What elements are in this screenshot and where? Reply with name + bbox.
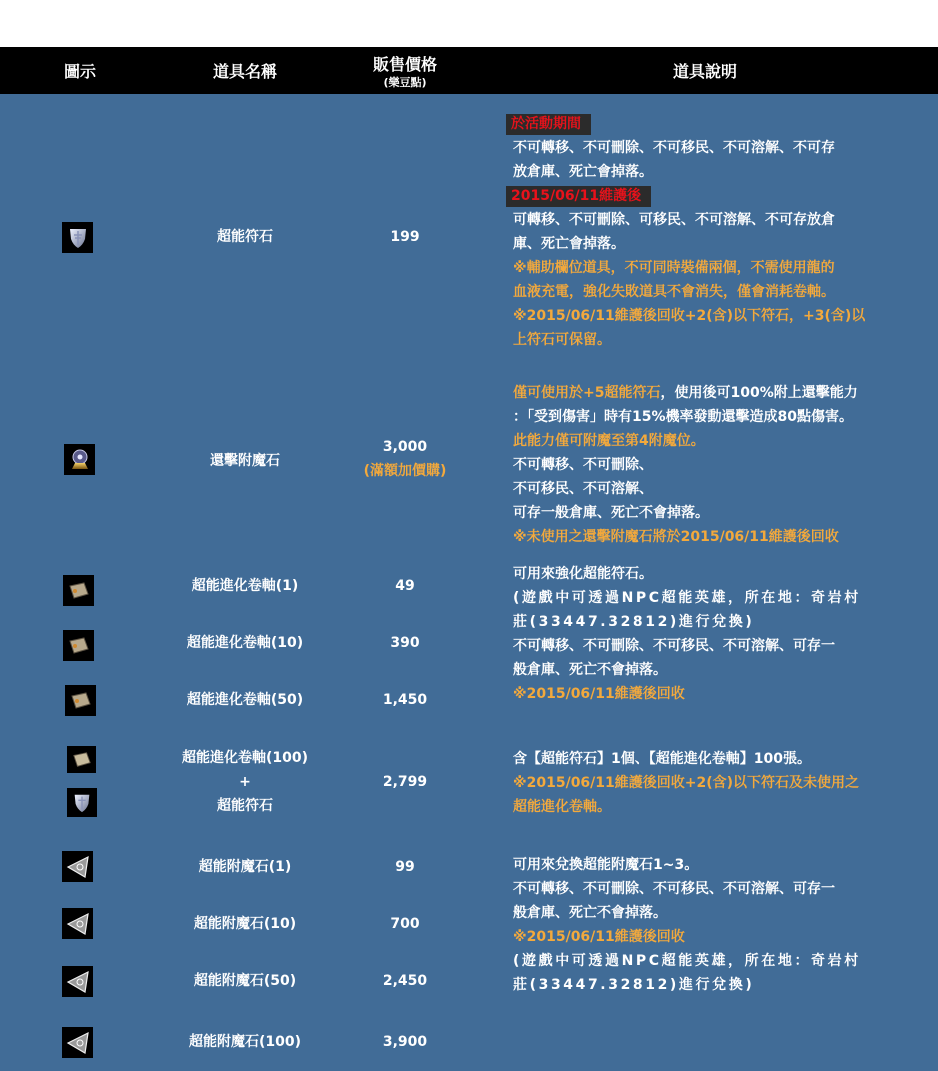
item-name: 超能進化卷軸(50) <box>170 688 320 712</box>
enchant-stone-icon <box>62 851 93 882</box>
desc-note: 超能進化卷軸。 <box>513 795 923 819</box>
desc-note: 上符石可保留。 <box>513 328 923 352</box>
desc-note: ※2015/06/11維護後回收 <box>513 925 923 949</box>
item-name: 超能進化卷軸(1) <box>170 574 320 598</box>
header-icon-column: 圖示 <box>30 47 130 94</box>
bundle-name-line2: 超能符石 <box>160 794 330 818</box>
desc-line: 可轉移、不可刪除、可移民、不可溶解、不可存放倉 <box>513 208 923 232</box>
desc-line: 不可轉移、不可刪除、不可移民、不可溶解、可存一 <box>513 634 923 658</box>
desc-text: ，使用後可100%附上還擊能力 <box>660 385 857 401</box>
desc-line: 可存一般倉庫、死亡不會掉落。 <box>513 501 923 525</box>
desc-note: ※2015/06/11維護後回收+2(含)以下符石，+3(含)以 <box>513 304 923 328</box>
header-desc-label: 道具說明 <box>673 59 737 82</box>
desc-highlight: 僅可使用於+5超能符石 <box>513 385 660 401</box>
desc-line: 不可轉移、不可刪除、 <box>513 453 923 477</box>
scroll-icon <box>65 685 96 716</box>
desc-line: 放倉庫、死亡會掉落。 <box>513 160 923 184</box>
bundle-plus: + <box>160 770 330 794</box>
header-price-label: 販售價格 <box>373 52 437 75</box>
item-price: 390 <box>345 631 465 655</box>
desc-line: 含【超能符石】1個、【超能進化卷軸】100張。 <box>513 747 923 771</box>
desc-note: ※2015/06/11維護後回收 <box>513 682 923 706</box>
desc-note: ※2015/06/11維護後回收+2(含)以下符石及未使用之 <box>513 771 923 795</box>
scroll-icon <box>67 746 96 773</box>
header-desc-column: 道具說明 <box>560 47 850 94</box>
table-body: 超能符石 199 於活動期間 不可轉移、不可刪除、不可移民、不可溶解、不可存 放… <box>0 94 938 1071</box>
header-icon-label: 圖示 <box>64 59 96 82</box>
header-price-column: 販售價格 (樂豆點) <box>345 47 465 94</box>
item-description: 僅可使用於+5超能符石，使用後可100%附上還擊能力 ：「受到傷害」時有15%機… <box>513 381 923 549</box>
desc-note: ※輔助欄位道具，不可同時裝備兩個，不需使用龍的 <box>513 256 923 280</box>
enchant-stone-icon <box>62 966 93 997</box>
item-price: 199 <box>345 225 465 249</box>
enchant-stone-icon <box>62 1027 93 1058</box>
item-name: 超能附魔石(50) <box>170 969 320 993</box>
header-name-label: 道具名稱 <box>213 59 277 82</box>
item-price: 49 <box>345 574 465 598</box>
header-price-unit: (樂豆點) <box>383 74 426 90</box>
shield-rune-icon <box>62 222 93 253</box>
item-price: 99 <box>345 855 465 879</box>
table-header: 圖示 道具名稱 販售價格 (樂豆點) 道具說明 <box>0 47 938 94</box>
desc-line: 不可轉移、不可刪除、不可移民、不可溶解、不可存 <box>513 136 923 160</box>
item-price: 3,000 <box>345 435 465 459</box>
item-price-note: (滿額加價購) <box>345 459 465 483</box>
desc-line: 莊(33447.32812)進行兌換) <box>513 973 923 997</box>
desc-line: 不可移民、不可溶解、 <box>513 477 923 501</box>
item-price: 3,900 <box>345 1030 465 1054</box>
desc-line: ：「受到傷害」時有15%機率發動還擊造成80點傷害。 <box>513 405 923 429</box>
desc-line: 可用來兌換超能附魔石1~3。 <box>513 853 923 877</box>
item-price: 700 <box>345 912 465 936</box>
scroll-icon <box>63 575 94 606</box>
desc-line: (遊戲中可透過NPC超能英雄，所在地：奇岩村 <box>513 949 923 973</box>
desc-note: ※未使用之還擊附魔石將於2015/06/11維護後回收 <box>513 525 923 549</box>
enchant-stone-icon <box>62 908 93 939</box>
item-description: 可用來強化超能符石。 (遊戲中可透過NPC超能英雄，所在地：奇岩村 莊(3344… <box>513 562 923 706</box>
status-tag: 於活動期間 <box>506 114 591 135</box>
header-name-column: 道具名稱 <box>170 47 320 94</box>
status-tag: 2015/06/11維護後 <box>506 186 651 207</box>
bundle-name-line1: 超能進化卷軸(100) <box>160 746 330 770</box>
item-description: 可用來兌換超能附魔石1~3。 不可轉移、不可刪除、不可移民、不可溶解、可存一 般… <box>513 853 923 997</box>
item-name: 還擊附魔石 <box>170 449 320 473</box>
item-price: 2,799 <box>345 770 465 794</box>
item-name: 超能附魔石(1) <box>170 855 320 879</box>
item-description: 含【超能符石】1個、【超能進化卷軸】100張。 ※2015/06/11維護後回收… <box>513 747 923 819</box>
item-price: 1,450 <box>345 688 465 712</box>
item-price-block: 3,000 (滿額加價購) <box>345 435 465 483</box>
shield-rune-icon <box>67 788 97 817</box>
desc-line: 般倉庫、死亡不會掉落。 <box>513 658 923 682</box>
item-name: 超能附魔石(100) <box>170 1030 320 1054</box>
counter-enchant-stone-icon <box>64 444 95 475</box>
desc-line: (遊戲中可透過NPC超能英雄，所在地：奇岩村 <box>513 586 923 610</box>
desc-line: 不可轉移、不可刪除、不可移民、不可溶解、可存一 <box>513 877 923 901</box>
desc-line: 莊(33447.32812)進行兌換) <box>513 610 923 634</box>
item-name: 超能進化卷軸(10) <box>170 631 320 655</box>
desc-line: 可用來強化超能符石。 <box>513 562 923 586</box>
item-name: 超能附魔石(10) <box>170 912 320 936</box>
desc-note: 此能力僅可附魔至第4附魔位。 <box>513 429 923 453</box>
item-name: 超能符石 <box>170 225 320 249</box>
scroll-icon <box>63 630 94 661</box>
desc-note: 血液充電，強化失敗道具不會消失，僅會消耗卷軸。 <box>513 280 923 304</box>
item-price: 2,450 <box>345 969 465 993</box>
bundle-name: 超能進化卷軸(100) + 超能符石 <box>160 746 330 818</box>
desc-line: 庫、死亡會掉落。 <box>513 232 923 256</box>
item-description: 於活動期間 不可轉移、不可刪除、不可移民、不可溶解、不可存 放倉庫、死亡會掉落。… <box>513 112 923 352</box>
desc-line: 般倉庫、死亡不會掉落。 <box>513 901 923 925</box>
